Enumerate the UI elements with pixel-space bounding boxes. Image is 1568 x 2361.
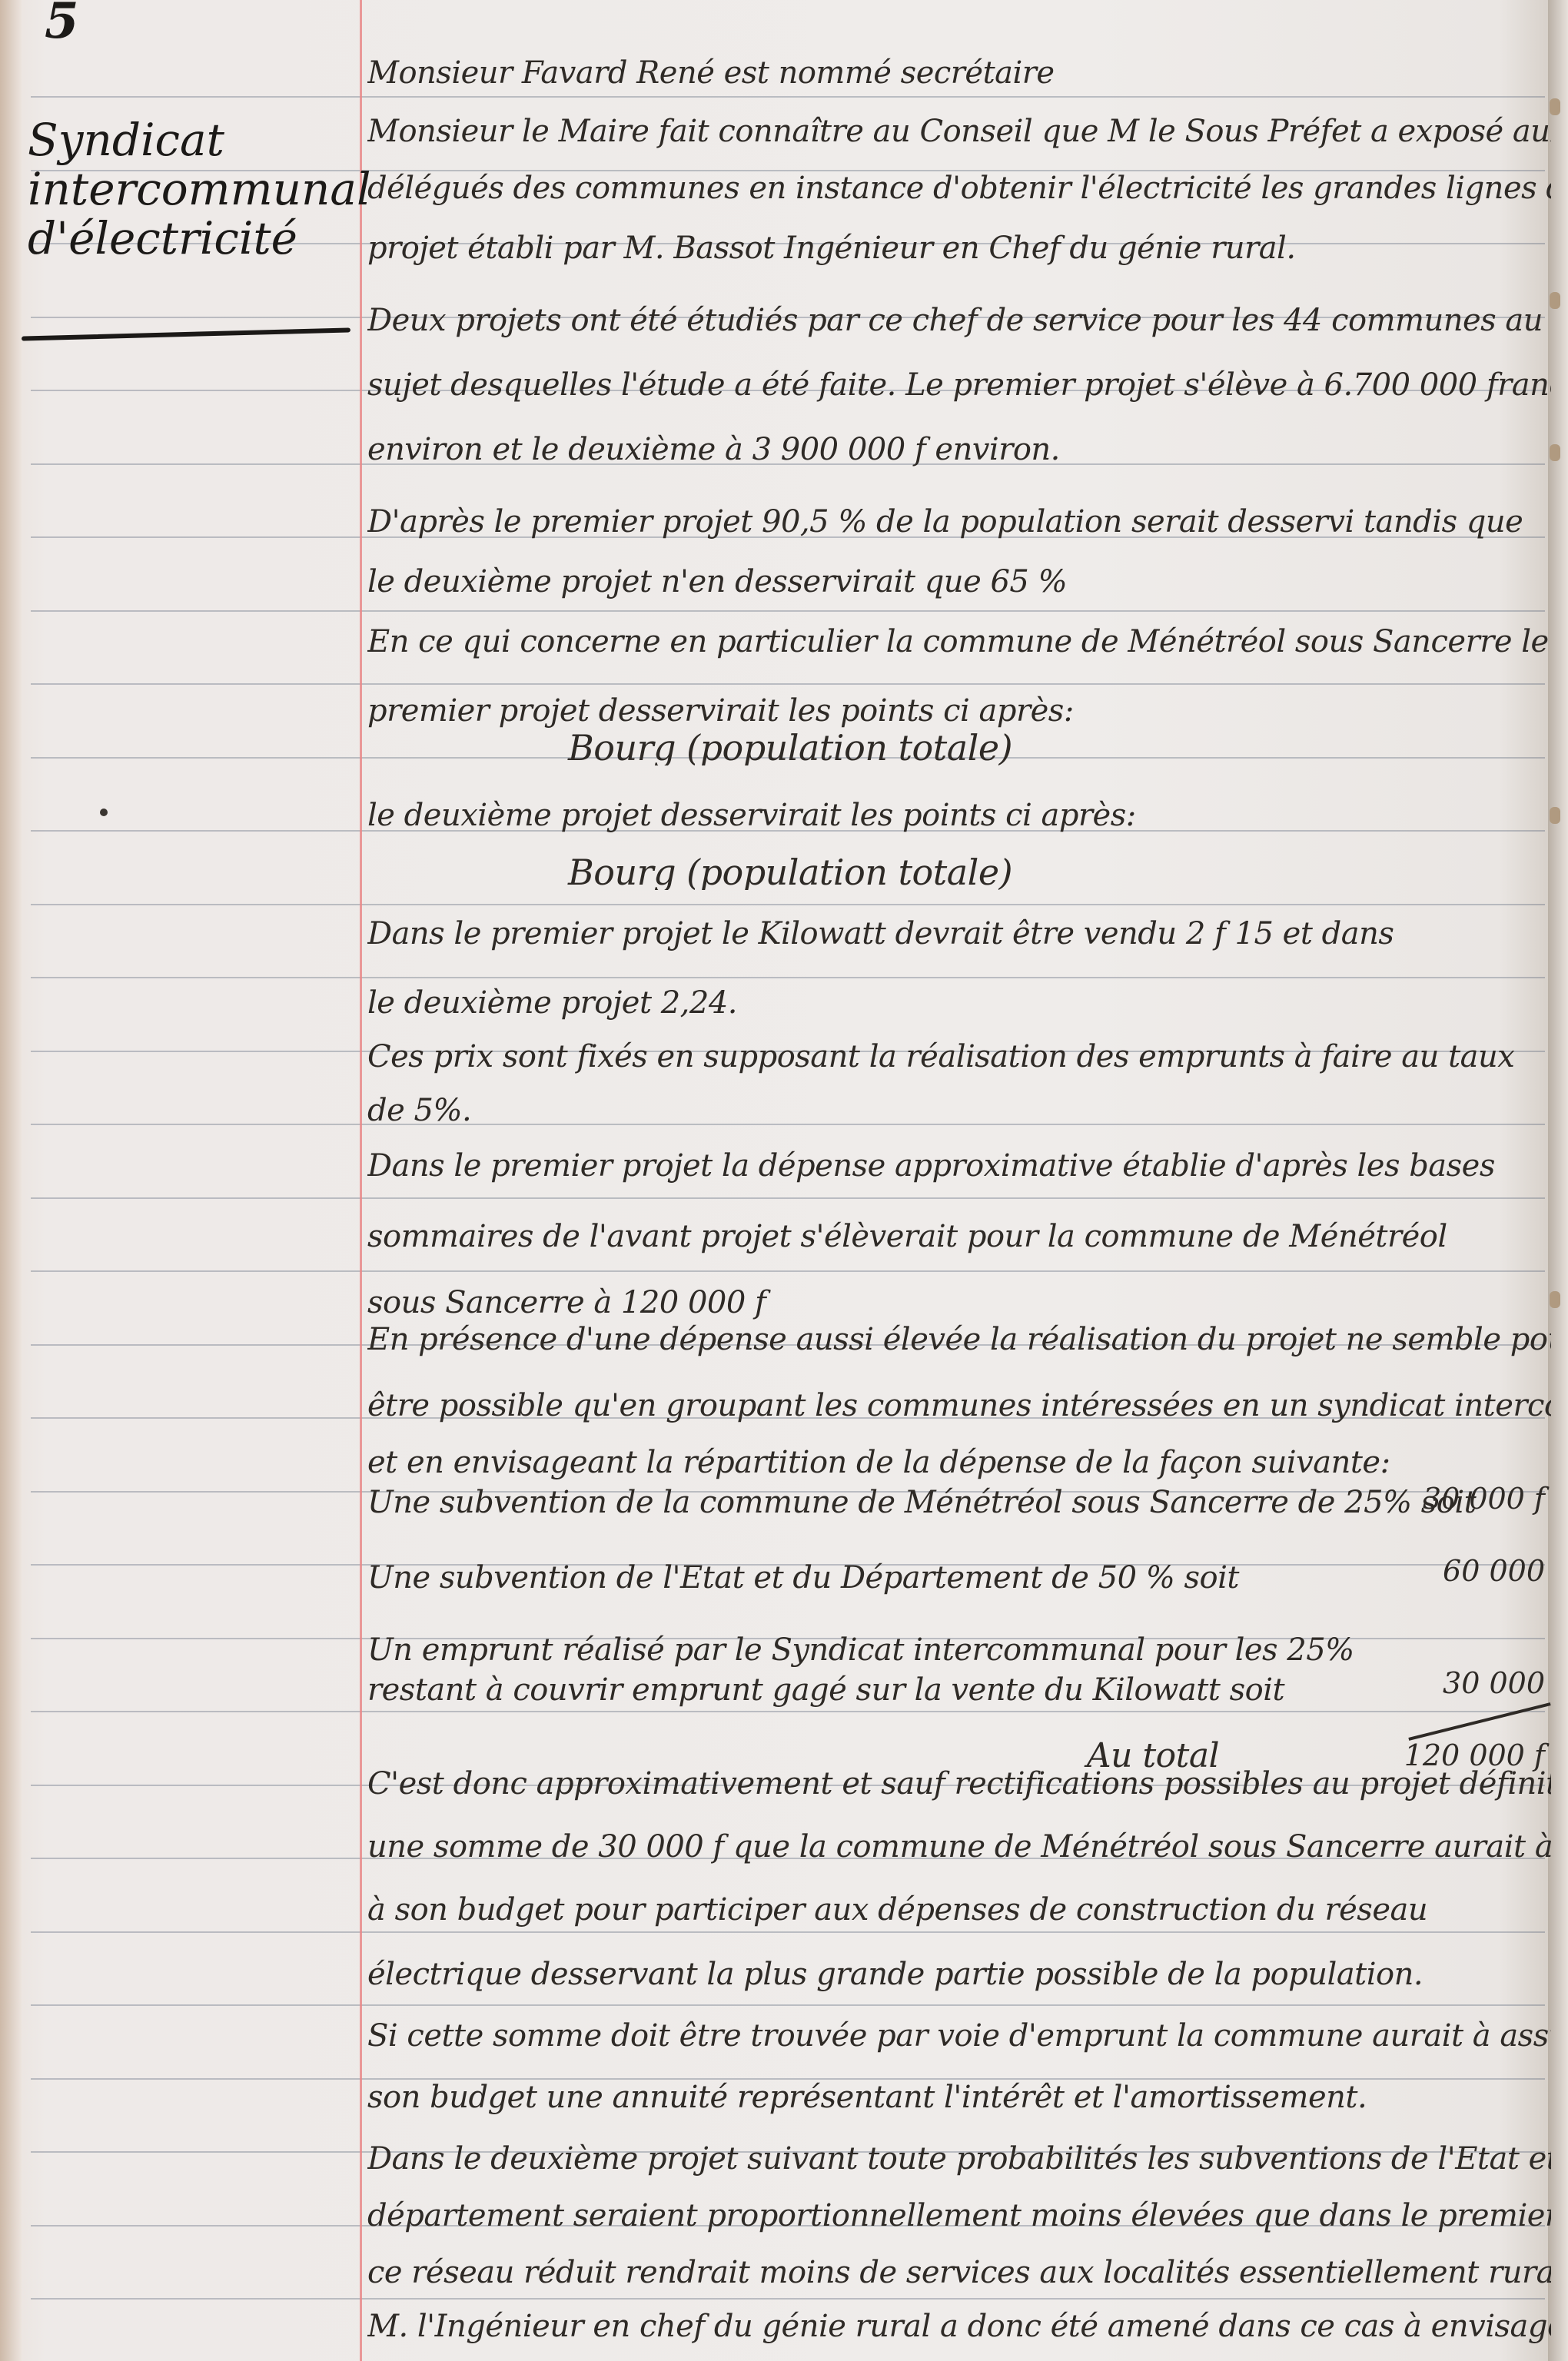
ruled-line	[31, 610, 1545, 612]
text-line: environ et le deuxième à 3 900 000 f env…	[367, 432, 1551, 467]
ruled-line	[31, 977, 1545, 978]
margin-heading-line: d'électricité	[28, 214, 350, 263]
binding-edge	[0, 0, 22, 2361]
text-line: à son budget pour participer aux dépense…	[367, 1892, 1551, 1928]
text-line: Une subvention de l'Etat et du Départeme…	[367, 1560, 1551, 1596]
text-line: sous Sancerre à 120 000 f	[367, 1285, 1551, 1320]
ruled-line	[31, 683, 1545, 685]
text-line: Ces prix sont fixés en supposant la réal…	[367, 1039, 1551, 1074]
text-line: Bourg (population totale)	[367, 855, 1213, 890]
margin-rule	[360, 0, 362, 2361]
text-line: de 5%.	[367, 1093, 1551, 1128]
text-line: Un emprunt réalisé par le Syndicat inter…	[367, 1632, 1551, 1668]
margin-heading: Syndicat intercommunal d'électricité	[28, 115, 350, 263]
text-line: une somme de 30 000 f que la commune de …	[367, 1829, 1551, 1865]
text-line: En présence d'une dépense aussi élevée l…	[367, 1322, 1551, 1357]
text-line: Deux projets ont été étudiés par ce chef…	[367, 303, 1551, 338]
amount-emprunt: 30 000	[1443, 1666, 1545, 1700]
text-line: D'après le premier projet 90,5 % de la p…	[367, 504, 1551, 540]
text-line: Monsieur Favard René est nommé secrétair…	[367, 55, 1551, 91]
text-line: département seraient proportionnellement…	[367, 2198, 1551, 2233]
ruled-line	[31, 1711, 1545, 1712]
ruled-line	[31, 96, 1545, 98]
text-line: délégués des communes en instance d'obte…	[367, 171, 1551, 206]
text-line: sujet desquelles l'étude a été faite. Le…	[367, 367, 1551, 403]
text-line: Une subvention de la commune de Ménétréo…	[367, 1485, 1551, 1520]
page-number: 5	[45, 0, 79, 50]
text-line: Dans le premier projet la dépense approx…	[367, 1148, 1551, 1184]
text-line: et en envisageant la répartition de la d…	[367, 1445, 1551, 1480]
binding-stitch	[1550, 807, 1560, 824]
ink-dot	[100, 809, 108, 816]
text-line: Dans le deuxième projet suivant toute pr…	[367, 2141, 1551, 2177]
ruled-line	[31, 2004, 1545, 2006]
text-line: En ce qui concerne en particulier la com…	[367, 624, 1551, 659]
margin-heading-line: intercommunal	[28, 164, 350, 214]
total-rule	[1408, 1702, 1550, 1741]
binding-stitch	[1550, 444, 1560, 461]
text-line: électrique desservant la plus grande par…	[367, 1957, 1551, 1992]
text-line: projet établi par M. Bassot Ingénieur en…	[367, 231, 1551, 266]
amount-etat-departement: 60 000	[1443, 1554, 1545, 1588]
text-line: être possible qu'en groupant les commune…	[367, 1388, 1551, 1423]
ruled-line	[31, 1197, 1545, 1199]
amount-commune: 30 000 f	[1423, 1482, 1545, 1516]
text-line: Si cette somme doit être trouvée par voi…	[367, 2018, 1551, 2054]
text-line: C'est donc approximativement et sauf rec…	[367, 1766, 1551, 1801]
ruled-line	[31, 1270, 1545, 1272]
text-line: le deuxième projet n'en desservirait que…	[367, 564, 1551, 599]
text-line: Monsieur le Maire fait connaître au Cons…	[367, 114, 1551, 149]
ruled-line	[31, 1931, 1545, 1933]
binding-stitch	[1550, 292, 1560, 309]
text-line: Bourg (population totale)	[367, 730, 1213, 765]
binding-stitch	[1550, 98, 1560, 115]
ruled-line	[31, 2298, 1545, 2300]
text-line: son budget une annuité représentant l'in…	[367, 2080, 1551, 2115]
heading-underline	[22, 327, 350, 340]
ruled-line	[31, 904, 1545, 905]
text-line: M. l'Ingénieur en chef du génie rural a …	[367, 2309, 1551, 2344]
text-line: le deuxième projet desservirait les poin…	[367, 798, 1551, 833]
text-line: ce réseau réduit rendrait moins de servi…	[367, 2255, 1551, 2290]
text-line: Dans le premier projet le Kilowatt devra…	[367, 916, 1551, 951]
ledger-page: 5 Syndicat intercommunal d'électricité M…	[0, 0, 1568, 2361]
text-line: le deuxième projet 2,24.	[367, 985, 1551, 1021]
amount-total: 120 000 f	[1404, 1738, 1545, 1772]
margin-heading-line: Syndicat	[28, 115, 350, 164]
text-line: sommaires de l'avant projet s'élèverait …	[367, 1219, 1551, 1254]
text-line: premier projet desservirait les points c…	[367, 693, 1551, 729]
text-line: restant à couvrir emprunt gagé sur la ve…	[367, 1672, 1551, 1708]
binding-stitch	[1550, 1291, 1560, 1308]
